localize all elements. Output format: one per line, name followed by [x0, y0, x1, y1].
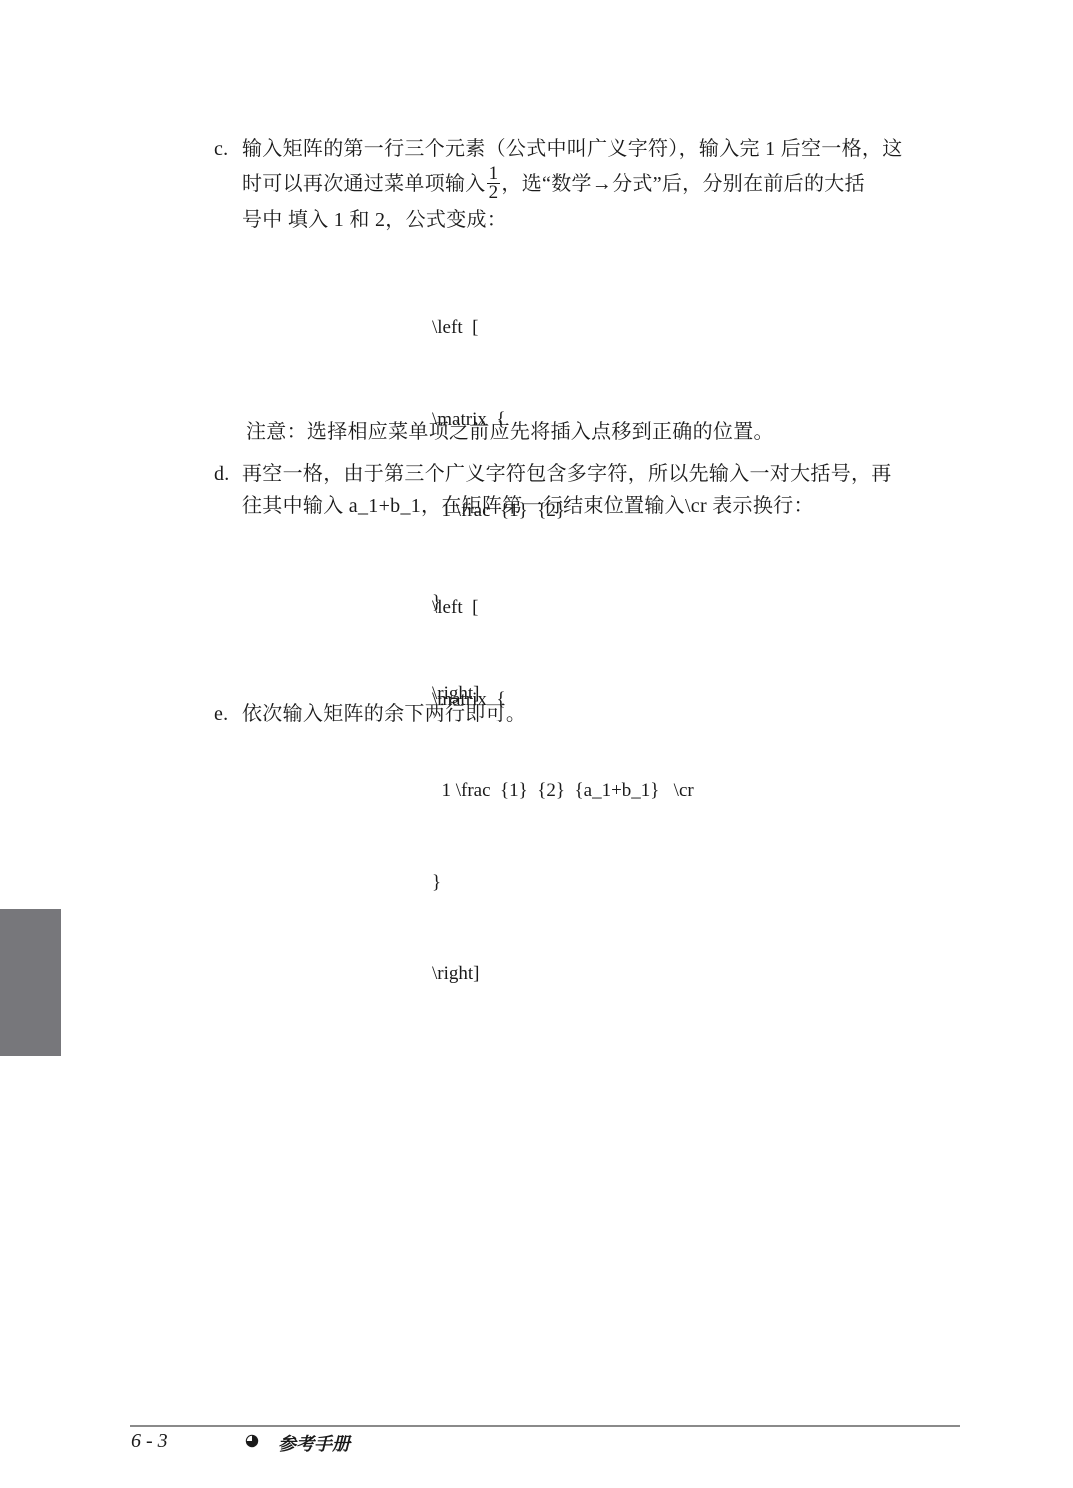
chapter-side-tab — [0, 909, 61, 1056]
code-line: 1 \frac {1} {2} {a_1+b_1} \cr — [432, 776, 694, 807]
step-c-marker: c. — [214, 133, 242, 165]
step-d-marker: d. — [214, 458, 242, 490]
code-block-d: \left [ \matrix { 1 \frac {1} {2} {a_1+b… — [432, 532, 694, 1020]
code-line: \left [ — [432, 593, 694, 624]
fraction-denominator: 2 — [487, 184, 501, 202]
step-d-line1: 再空一格，由于第三个广义字符包含多字符，所以先输入一对大括号，再 — [242, 463, 892, 485]
footer-divider — [130, 1425, 960, 1427]
note-text: 注意：选择相应菜单项之前应先将插入点移到正确的位置。 — [246, 416, 774, 448]
step-e-marker: e. — [214, 698, 242, 730]
step-d-line2: 往其中输入 a_1+b_1，在矩阵第一行结束位置输入\cr 表示换行： — [214, 490, 974, 522]
half-filled-circle-icon — [245, 1434, 259, 1448]
step-c-line2-before: 时可以再次通过菜单项输入 — [242, 173, 486, 195]
code-line: } — [432, 868, 694, 899]
step-e-paragraph: e.依次输入矩阵的余下两行即可。 — [214, 698, 974, 730]
code-line: \right] — [432, 959, 694, 990]
fraction-one-half: 12 — [487, 165, 501, 202]
step-c-line2: 时可以再次通过菜单项输入12，选“数学→分式”后，分别在前后的大括 — [214, 167, 974, 204]
step-c-paragraph: c.输入矩阵的第一行三个元素（公式中叫广义字符），输入完 1 后空一格，这 时可… — [214, 133, 974, 236]
step-c-line3: 号中 填入 1 和 2，公式变成： — [214, 204, 974, 236]
footer-title: 参考手册 — [278, 1430, 350, 1456]
step-d-paragraph: d.再空一格，由于第三个广义字符包含多字符，所以先输入一对大括号，再 往其中输入… — [214, 458, 974, 522]
step-c-line1: 输入矩阵的第一行三个元素（公式中叫广义字符），输入完 1 后空一格，这 — [242, 138, 903, 160]
page-number: 6 - 3 — [131, 1430, 168, 1453]
code-line: \left [ — [432, 313, 565, 344]
step-e-line1: 依次输入矩阵的余下两行即可。 — [242, 703, 526, 725]
step-c-line2-after: ，选“数学→分式”后，分别在前后的大括 — [501, 173, 864, 195]
